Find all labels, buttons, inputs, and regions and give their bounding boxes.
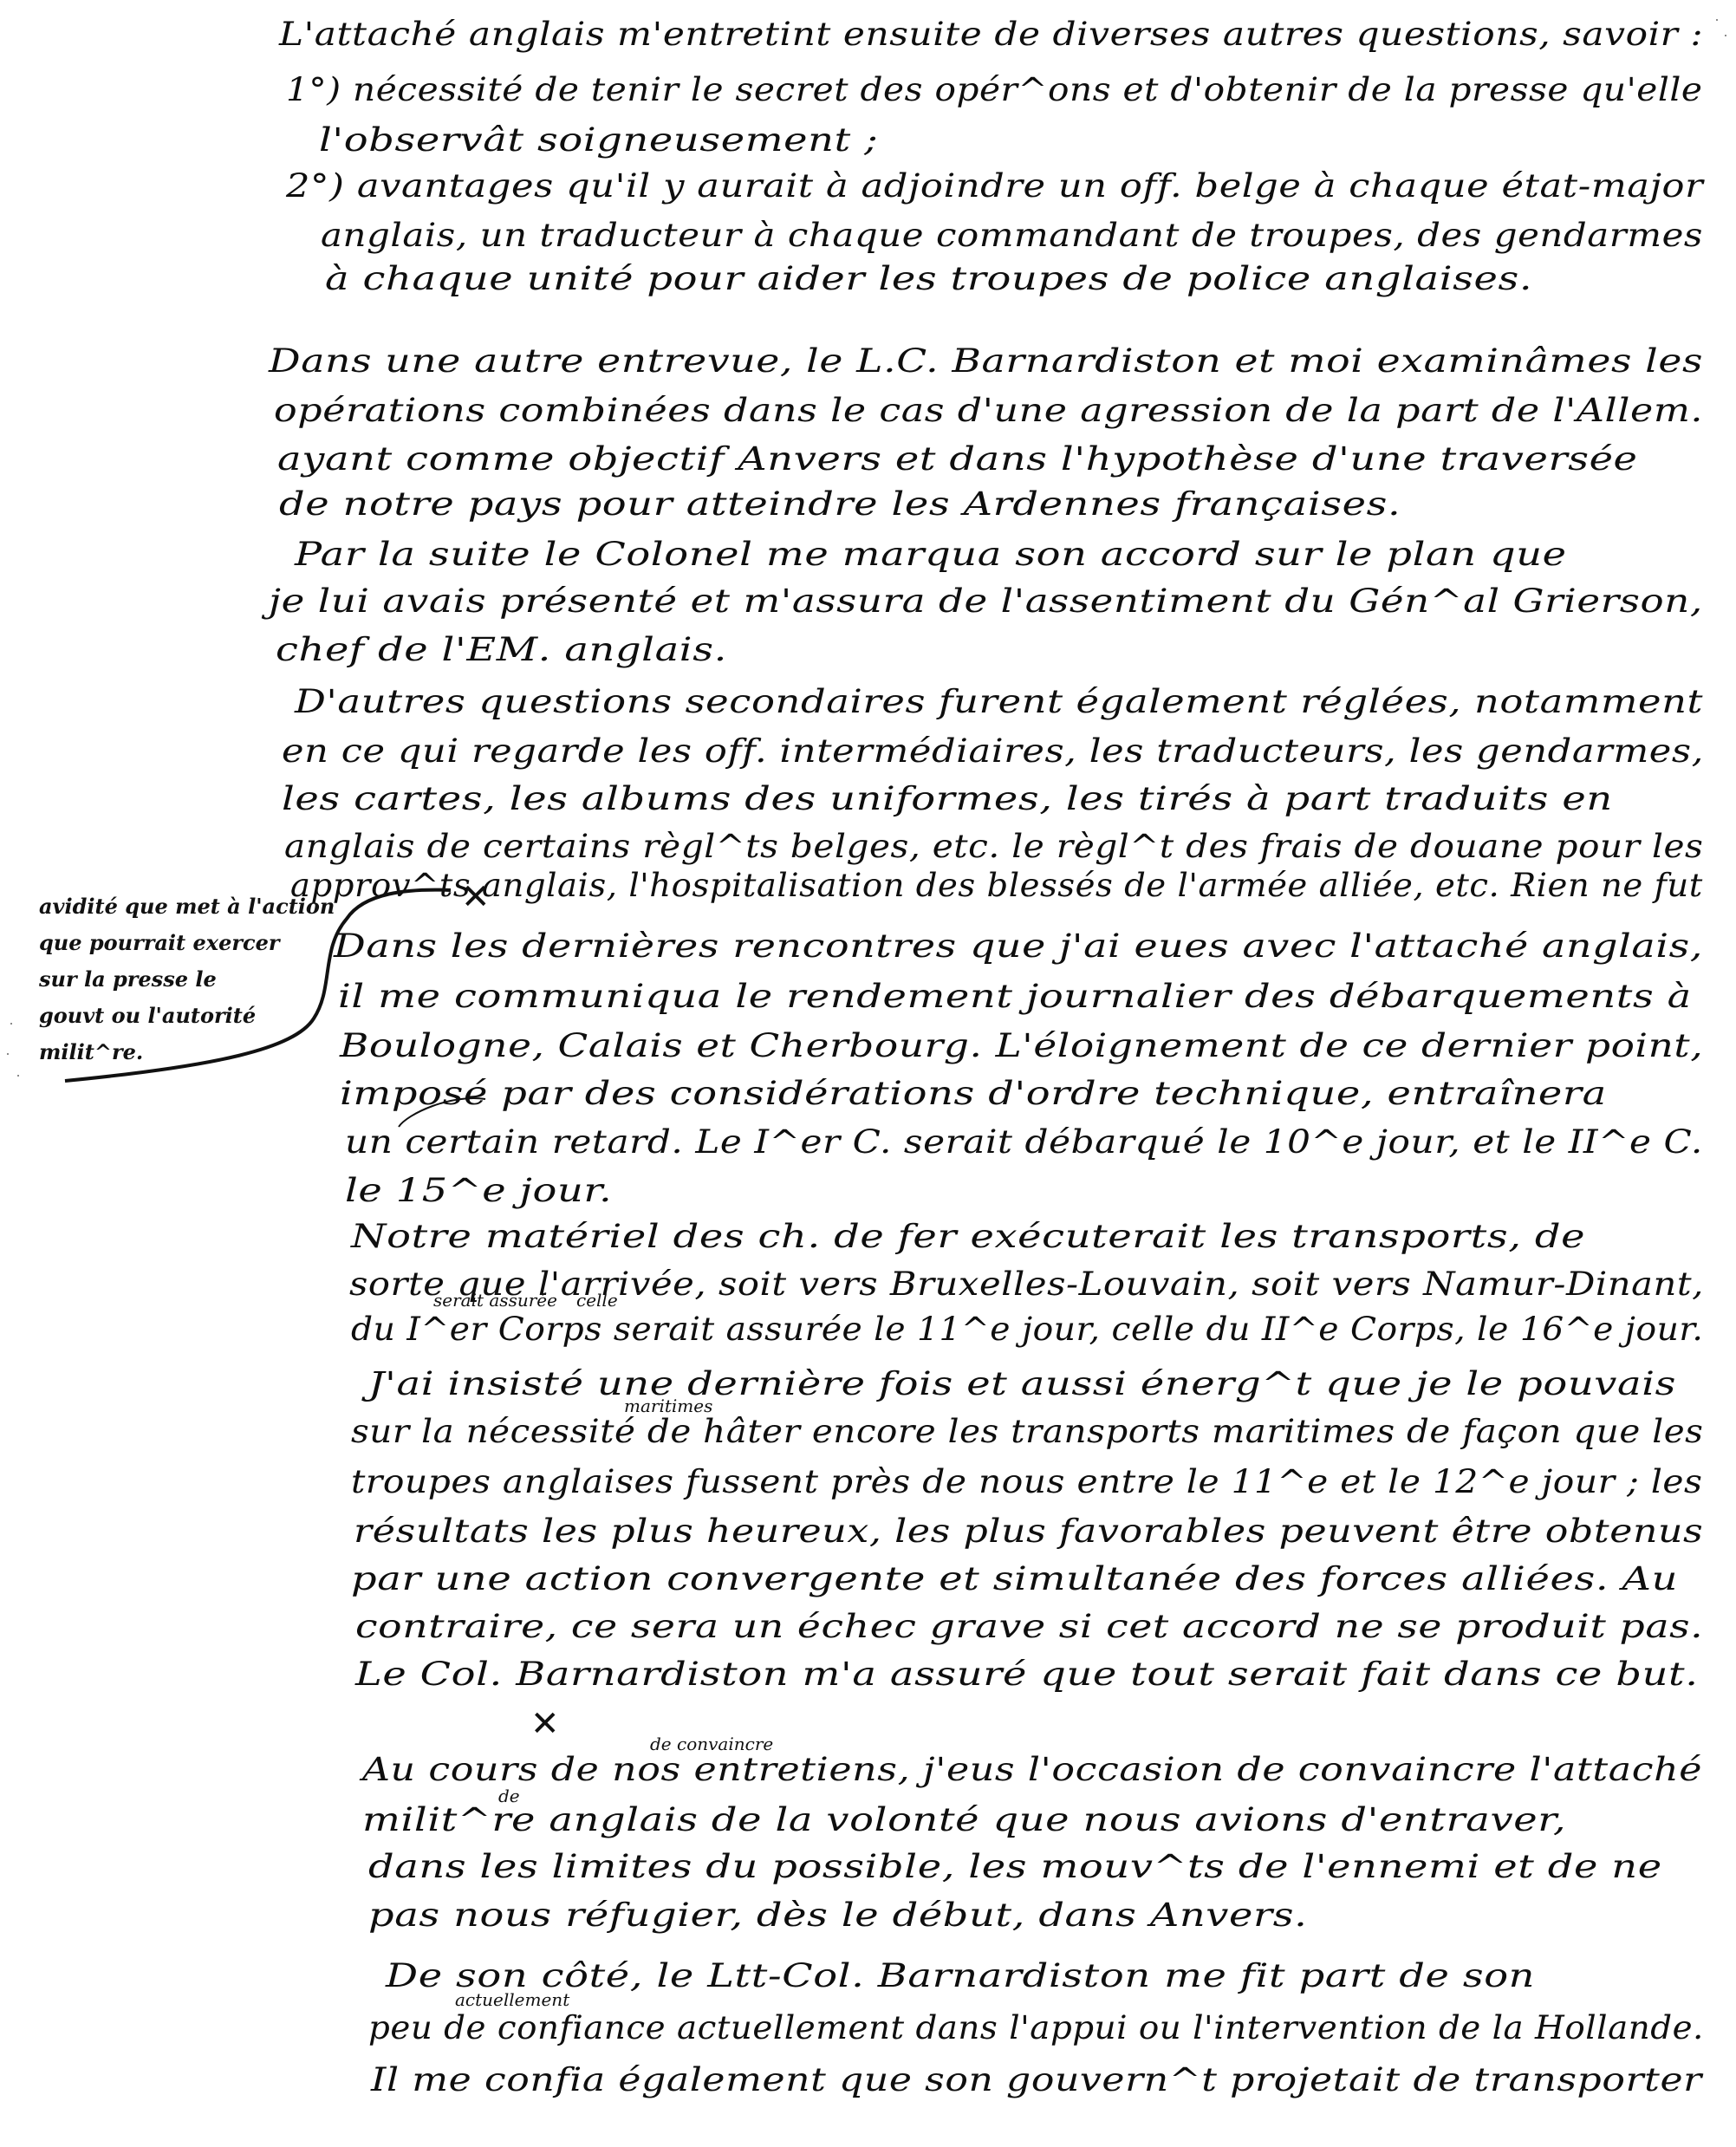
margin-line: gouvt ou l'autorité [39,998,325,1034]
text-line: de notre pays pour atteindre les Ardenne… [279,485,1401,524]
scan-noise [1725,35,1726,36]
text-line: contraire, ce sera un échec grave si cet… [355,1608,1703,1646]
margin-line: que pourrait exercer [39,925,325,961]
separator-mark: ✕ [461,877,491,917]
text-line: les cartes, les albums des uniformes, le… [282,780,1613,818]
text-line: peu de confiance actuellement dans l'app… [368,2009,1704,2047]
text-line: un certain retard. Le I^er C. serait déb… [345,1123,1703,1161]
text-line: en ce qui regarde les off. intermédiaire… [282,732,1704,771]
separator-mark: ✕ [530,1704,560,1744]
scan-noise [10,1023,12,1025]
text-line: Dans les dernières rencontres que j'ai e… [334,927,1703,966]
margin-line: sur la presse le [39,961,325,998]
text-line: anglais, un traducteur à chaque commanda… [321,217,1703,255]
text-line: Par la suite le Colonel me marqua son ac… [295,536,1567,574]
text-line: Au cours de nos entretiens, j'eus l'occa… [362,1751,1702,1789]
text-line: milit^re anglais de la volonté que nous … [362,1801,1566,1839]
text-line: résultats les plus heureux, les plus fav… [354,1513,1703,1551]
scan-noise [7,1053,9,1055]
text-line: anglais de certains règl^ts belges, etc.… [284,828,1703,866]
text-line: opérations combinées dans le cas d'une a… [274,392,1703,430]
text-line: L'attaché anglais m'entretint ensuite de… [279,16,1703,54]
text-line: il me communiqua le rendement journalier… [338,978,1692,1016]
text-line: sur la nécessité de hâter encore les tra… [351,1413,1703,1451]
text-line: chef de l'EM. anglais. [276,631,727,669]
text-line: 1°) nécessité de tenir le secret des opé… [286,71,1702,109]
interlinear-insertion: actuellement [455,1989,569,2010]
scan-noise [1716,19,1718,21]
text-line: ayant comme objectif Anvers et dans l'hy… [277,440,1638,478]
margin-line: milit^re. [39,1034,325,1070]
text-line: par une action convergente et simultanée… [351,1560,1678,1598]
text-line: D'autres questions secondaires furent ég… [295,683,1703,721]
text-line: l'observât soigneusement ; [319,121,878,159]
text-line: à chaque unité pour aider les troupes de… [325,260,1532,298]
text-line: Il me confia également que son gouvern^t… [371,2061,1702,2099]
text-line: Notre matériel des ch. de fer exécuterai… [351,1218,1585,1256]
text-line: le 15^e jour. [345,1172,612,1210]
text-line: Dans une autre entrevue, le L.C. Barnard… [269,342,1703,381]
manuscript-page: L'attaché anglais m'entretint ensuite de… [0,0,1736,2147]
text-line: du I^er Corps serait assurée le 11^e jou… [351,1311,1703,1349]
interlinear-insertion: celle [576,1290,618,1311]
text-line: J'ai insisté une dernière fois et aussi … [368,1365,1676,1403]
text-line: imposé par des considérations d'ordre te… [340,1075,1607,1113]
interlinear-insertion: serait assurée [433,1290,557,1311]
text-line: je lui avais présenté et m'assura de l'a… [269,582,1703,621]
text-line: pas nous réfugier, dès le début, dans An… [368,1897,1307,1935]
text-line: 2°) avantages qu'il y aurait à adjoindre… [286,167,1703,205]
margin-line: avidité que met à l'action [39,888,325,925]
text-line: Le Col. Barnardiston m'a assuré que tout… [355,1656,1699,1694]
scan-noise [17,1075,19,1077]
text-line: Boulogne, Calais et Cherbourg. L'éloigne… [340,1027,1703,1065]
text-line: approv^ts anglais, l'hospitalisation des… [290,867,1703,905]
margin-annotation: avidité que met à l'action que pourrait … [39,888,325,1070]
text-line: dans les limites du possible, les mouv^t… [368,1848,1662,1886]
text-line: troupes anglaises fussent près de nous e… [351,1463,1703,1501]
